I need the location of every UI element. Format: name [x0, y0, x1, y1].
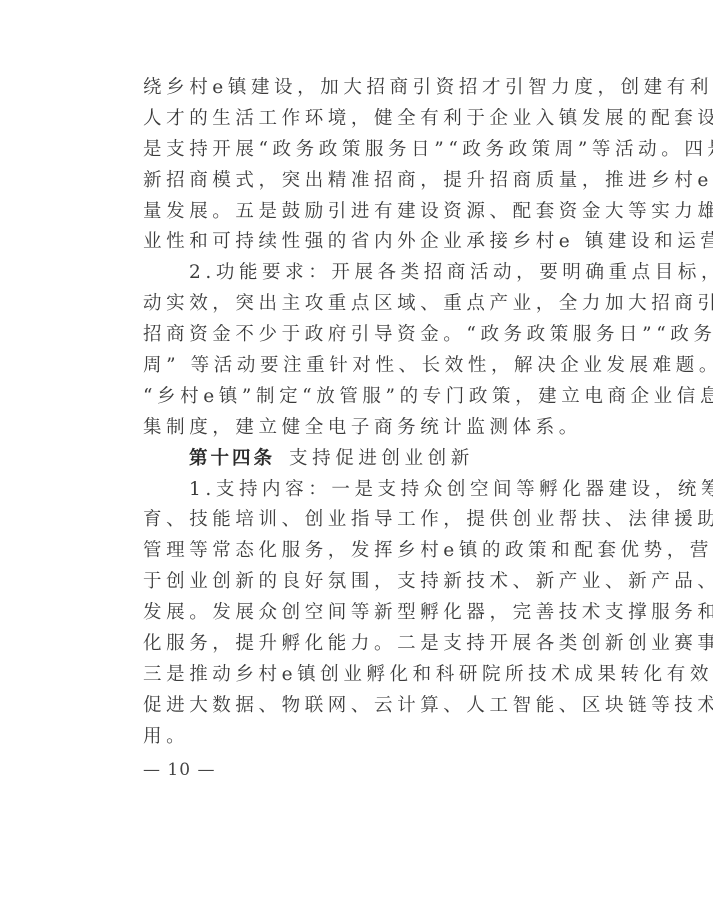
body-line: 周” 等活动要注重针对性、长效性，解决企业发展难题。针对	[143, 351, 595, 382]
body-line: 集制度，建立健全电子商务统计监测体系。	[143, 413, 595, 444]
body-line: 发展。发展众创空间等新型孵化器，完善技术支撑服务和创业孵	[143, 598, 595, 629]
paragraph-start-line: 1.支持内容：一是支持众创空间等孵化器建设，统筹职业教	[143, 475, 595, 506]
body-line: 量发展。五是鼓励引进有建设资源、配套资金大等实力雄厚、专	[143, 197, 595, 228]
article-number: 第十四条	[189, 448, 275, 469]
body-line: 三是推动乡村e镇创业孵化和科研院所技术成果转化有效结合，	[143, 660, 595, 691]
body-line: 绕乡村e镇建设，加大招商引资招才引智力度，创建有利于吸引	[143, 73, 595, 104]
document-page: 绕乡村e镇建设，加大招商引资招才引智力度，创建有利于吸引 人才的生活工作环境，健…	[0, 0, 713, 919]
article-heading: 第十四条支持促进创业创新	[143, 444, 595, 475]
page-number: — 10 —	[143, 760, 215, 780]
body-line: 化服务，提升孵化能力。二是支持开展各类创新创业赛事活动。	[143, 629, 595, 660]
document-body: 绕乡村e镇建设，加大招商引资招才引智力度，创建有利于吸引 人才的生活工作环境，健…	[143, 73, 595, 753]
body-line: 于创业创新的良好氛围，支持新技术、新产业、新产品、新模式	[143, 567, 595, 598]
body-line: 管理等常态化服务，发挥乡村e镇的政策和配套优势，营造有利	[143, 536, 595, 567]
body-line: 是支持开展“政务政策服务日”“政务政策周”等活动。四是创	[143, 135, 595, 166]
article-title: 支持促进创业创新	[289, 448, 474, 469]
body-line: 动实效，突出主攻重点区域、重点产业，全力加大招商引资力度，	[143, 289, 595, 320]
body-line: 新招商模式，突出精准招商，提升招商质量，推进乡村e镇高质	[143, 166, 595, 197]
body-line: 育、技能培训、创业指导工作，提供创业帮扶、法律援助、档案	[143, 505, 595, 536]
body-line: 人才的生活工作环境，健全有利于企业入镇发展的配套设施。三	[143, 104, 595, 135]
body-line: 促进大数据、物联网、云计算、人工智能、区块链等技术创新应	[143, 691, 595, 722]
paragraph-start-line: 2.功能要求：开展各类招商活动，要明确重点目标，注重活	[143, 258, 595, 289]
body-line: 用。	[143, 722, 595, 753]
body-line: 业性和可持续性强的省内外企业承接乡村e 镇建设和运营。	[143, 227, 595, 258]
body-line: 招商资金不少于政府引导资金。“政务政策服务日”“政务政策	[143, 320, 595, 351]
body-line: “乡村e镇”制定“放管服”的专门政策，建立电商企业信息采	[143, 382, 595, 413]
